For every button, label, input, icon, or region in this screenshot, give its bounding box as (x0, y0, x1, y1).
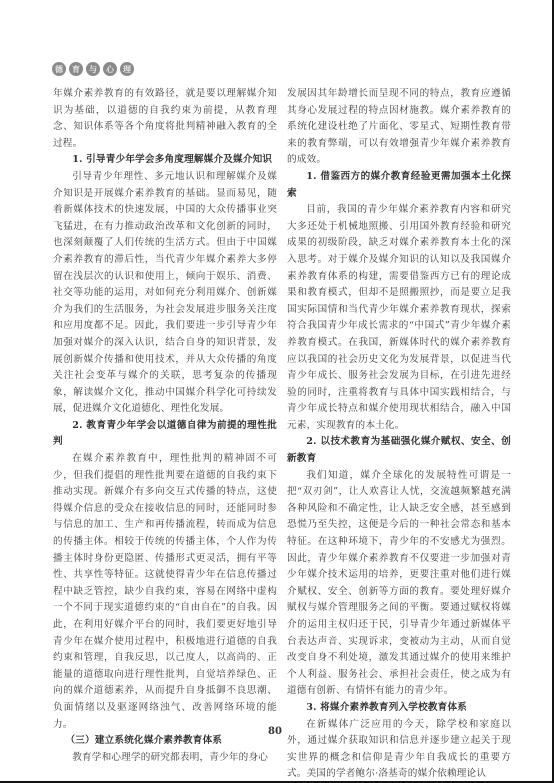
section-heading: 2. 以技术教育为基础强化媒介赋权、安全、创新教育 (287, 434, 511, 467)
logo-char: 与 (86, 62, 100, 76)
paragraph: 年媒介素养教育的有效路径，就是要以理解媒介知识为基础，以道德的自我约束为前提，从… (53, 86, 277, 152)
section-heading: 2. 教育青少年学会以道德自律为前提的理性批判 (53, 418, 277, 451)
logo-char: 心 (103, 62, 117, 76)
column-logo: 德 育 与 心 理 (52, 62, 134, 76)
paragraph: 引导青少年理性、多元地认识和理解媒介及媒介知识是开展媒介素养教育的基础。显而易见… (53, 169, 277, 418)
section-heading: 3. 将媒介素养教育列入学校教育体系 (287, 700, 511, 717)
subsection-heading: （三）建立系统化媒介素养教育体系 (53, 733, 277, 750)
section-heading: 1. 借鉴西方的媒介教育经验更需加强本土化探索 (287, 169, 511, 202)
left-column: 年媒介素养教育的有效路径，就是要以理解媒介知识为基础，以道德的自我约束为前提，从… (53, 86, 277, 766)
right-column: 发展因其年龄增长而呈现不同的特点，教育应遵循其身心发展过程的特点因材施教。媒介素… (287, 86, 511, 783)
paragraph: 目前，我国的青少年媒介素养教育内容和研究大多还处于机械地照搬、引用国外教育经验和… (287, 202, 511, 434)
paragraph: 在新媒体广泛应用的今天，除学校和家庭以外，通过媒介获取知识和信息并逐步建立起关于… (287, 717, 511, 783)
section-heading: 1. 引导青少年学会多角度理解媒介及媒介知识 (53, 152, 277, 169)
paragraph: 我们知道，媒介全球化的发展特性可谓是一把“双刃剑”，让人欢喜让人忧，交流越频繁越… (287, 468, 511, 700)
paragraph: 发展因其年龄增长而呈现不同的特点，教育应遵循其身心发展过程的特点因材施教。媒介素… (287, 86, 511, 169)
paragraph: 教育学和心理学的研究都表明，青少年的身心 (53, 750, 277, 767)
logo-char: 育 (69, 62, 83, 76)
page-number: 80 (268, 726, 282, 737)
logo-char: 理 (120, 62, 134, 76)
paragraph: 在媒介素养教育中，理性批判的精神固不可少，但我们提倡的理性批判要在道德的自我约束… (53, 451, 277, 733)
logo-char: 德 (52, 62, 66, 76)
